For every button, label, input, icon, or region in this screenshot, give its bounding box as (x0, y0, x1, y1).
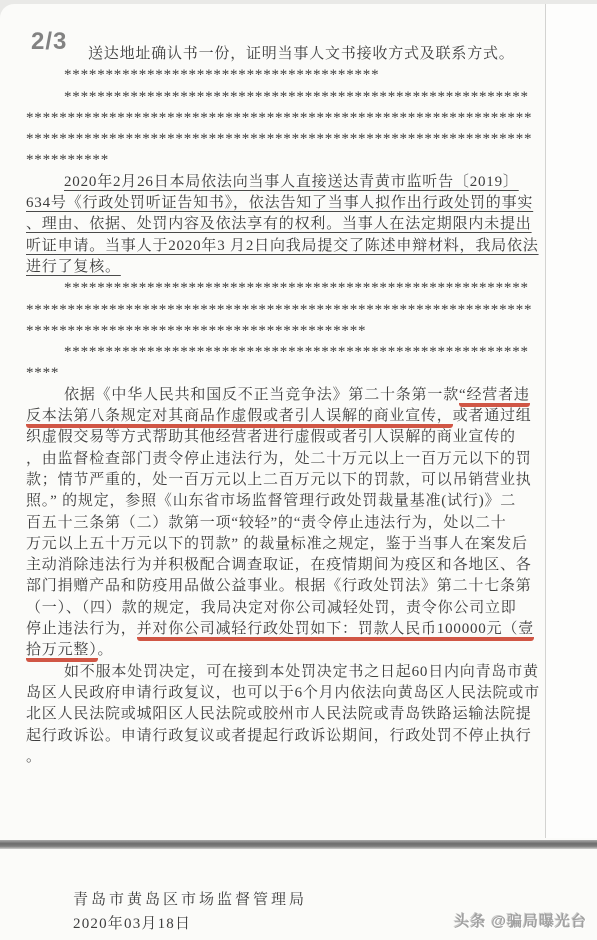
signature-agency: 青岛市黄岛区市场监督管理局 (73, 888, 307, 909)
document-line: **** (26, 363, 547, 384)
text-segment: 2020年2月26日本局依法向当事人直接送达青黄市监听告〔2019〕 (64, 174, 519, 190)
text-segment: 织虚假交易等方式帮助其他经营者进行虚假或者引人误解的商业宣传的 (26, 429, 516, 445)
document-line: （一）、（四）款的规定，我局决定对你公司减轻处罚，责令你公司立即 (26, 598, 547, 619)
document-line: 起行政诉讼。申请行政复议或者提起行政诉讼期间，行政处罚不停止执行 (26, 726, 547, 747)
document-line: 依据《中华人民共和国反不正当竞争法》第二十条第一款“经营者违 (26, 385, 547, 406)
text-segment: 进行了复核。 (26, 259, 121, 275)
document-line: 停止违法行为，并对你公司减轻行政处罚如下：罚款人民币100000元（壹 (26, 619, 547, 640)
text-segment: ********** (26, 152, 109, 168)
document-line: 北区人民法院或城阳区人民法院或胶州市人民法院或青岛铁路运输法院提 (26, 704, 547, 725)
text-segment: 部门捐赠产品和防疫用品做公益事业。根据《行政处罚法》第二十七条第 (26, 578, 532, 594)
document-line: 拾万元整）。 (26, 640, 547, 661)
text-segment: 主动消除违法行为并积极配合调查取证，在疫情期间为疫区和各地区、各 (26, 557, 532, 573)
red-marker-underlined-text: 拾万元整） (26, 642, 98, 662)
document-line: 万元以上五十万元以下的罚款” 的裁量标准之规定，鉴于当事人在案发后 (26, 534, 547, 555)
text-segment: ****************************************… (64, 344, 529, 360)
document-line: 、理由、依据、处罚内容及依法享有的权利。当事人在法定期限内未提出 (26, 214, 547, 235)
text-segment: 岛区人民政府申请行政复议，也可以于6个月内依法向黄岛区人民法院或市 (26, 685, 540, 701)
text-segment: ****************************************… (64, 89, 529, 105)
document-line: 听证申请。当事人于2020年3 月2日向我局提交了陈述申辩材料，我局依法 (26, 236, 547, 257)
document-line: 部门捐赠产品和防疫用品做公益事业。根据《行政处罚法》第二十七条第 (26, 576, 547, 597)
text-segment: ****************************************… (26, 110, 532, 126)
document-line: ****************************************… (26, 129, 547, 150)
text-segment: 款；情节严重的，处一百万元以上二百万元以下的罚款，可以吊销营业执 (26, 472, 532, 488)
document-line: ****************************************… (26, 108, 547, 129)
text-segment: 北区人民法院或城阳区人民法院或胶州市人民法院或青岛铁路运输法院提 (26, 706, 532, 722)
text-segment: 停止违法行为， (26, 621, 137, 637)
text-segment: 、理由、依据、处罚内容及依法享有的权利。当事人在法定期限内未提出 (26, 216, 532, 232)
document-line: 送达地址确认书一份，证明当事人文书接收方式及联系方式。 (26, 44, 547, 65)
text-segment: 。 (98, 642, 114, 658)
text-segment: （一）、（四）款的规定，我局决定对你公司减轻处罚，责令你公司立即 (26, 600, 517, 616)
text-segment: 听证申请。当事人于2020年3 月2日向我局提交了陈述申辩材料，我局依法 (26, 238, 539, 254)
document-line: 织虚假交易等方式帮助其他经营者进行虚假或者引人误解的商业宣传的 (26, 427, 547, 448)
document-line: 照。” 的规定，参照《山东省市场监督管理行政处罚裁量基准(试行)》二 (26, 491, 547, 512)
document-line: 634号《行政处罚听证告知书》，依法告知了当事人拟作出行政处罚的事实 (26, 193, 547, 214)
text-segment: **** (26, 365, 59, 381)
red-marker-underlined-text: 反本法第八条规定对其商品作虚假或者引人误解的商业宣传， (26, 408, 453, 428)
text-segment: 起行政诉讼。申请行政复议或者提起行政诉讼期间，行政处罚不停止执行 (26, 728, 532, 744)
document-line: 主动消除违法行为并积极配合调查取证，在疫情期间为疫区和各地区、各 (26, 555, 547, 576)
document-line: 2020年2月26日本局依法向当事人直接送达青黄市监听告〔2019〕 (26, 172, 547, 193)
document-line: 反本法第八条规定对其商品作虚假或者引人误解的商业宣传，或者通过组 (26, 406, 547, 427)
text-segment: 如不服本处罚决定，可在接到本处罚决定书之日起60日内向青岛市黄 (64, 664, 539, 680)
document-line: ****************************************… (26, 342, 547, 363)
text-segment: 送达地址确认书一份，证明当事人文书接收方式及联系方式。 (88, 46, 515, 62)
text-segment: ****************************************… (26, 131, 532, 147)
text-segment: 634号《行政处罚听证告知书》，依法告知了当事人拟作出行政处罚的事实 (26, 195, 533, 211)
red-marker-underlined-text: “经营者违 (459, 387, 530, 407)
screenshot-stitch-divider (0, 840, 597, 849)
scan-margin-strip (546, 4, 597, 838)
document-line: ****************************************… (26, 278, 547, 299)
document-line: 款；情节严重的，处一百万元以上二百万元以下的罚款，可以吊销营业执 (26, 470, 547, 491)
text-segment: ************************************** (64, 67, 379, 83)
red-marker-underlined-text: 并对你公司减轻行政处罚如下：罚款人民币100000元（壹 (137, 621, 534, 641)
text-segment: 。 (26, 749, 42, 765)
text-segment: ****************************************… (64, 280, 529, 296)
text-segment: 或者通过组 (453, 408, 532, 424)
document-line: ****************************************… (26, 321, 547, 342)
document-line: 岛区人民政府申请行政复议，也可以于6个月内依法向黄岛区人民法院或市 (26, 683, 547, 704)
document-line: 如不服本处罚决定，可在接到本处罚决定书之日起60日内向青岛市黄 (26, 662, 547, 683)
document-line: ****************************************… (26, 300, 547, 321)
document-page: 2/3 送达地址确认书一份，证明当事人文书接收方式及联系方式。*********… (0, 4, 597, 940)
text-segment: 万元以上五十万元以下的罚款” 的裁量标准之规定，鉴于当事人在案发后 (26, 536, 528, 552)
text-segment: ****************************************… (26, 323, 366, 339)
document-line: ************************************** (26, 65, 547, 86)
toutiao-watermark: 头条 @骗局曝光台 (454, 910, 587, 931)
text-segment: 依据《中华人民共和国反不正当竞争法》第二十条第一款 (64, 387, 459, 403)
text-segment: 照。” 的规定，参照《山东省市场监督管理行政处罚裁量基准(试行)》二 (26, 493, 516, 509)
document-line: 。 (26, 747, 547, 768)
document-line: ****************************************… (26, 87, 547, 108)
document-body: 送达地址确认书一份，证明当事人文书接收方式及联系方式。*************… (26, 44, 547, 768)
document-line: 百五十三条第（二）款第一项“较轻”的“责令停止违法行为，处以二十 (26, 513, 547, 534)
text-segment: ，由监督检查部门责令停止违法行为，处二十万元以上一百万元以下的罚 (26, 451, 532, 467)
document-line: 进行了复核。 (26, 257, 547, 278)
document-line: ********** (26, 150, 547, 171)
text-segment: ****************************************… (26, 302, 532, 318)
text-segment: 百五十三条第（二）款第一项“较轻”的“责令停止违法行为，处以二十 (26, 515, 507, 531)
signature-date: 2020年03月18日 (73, 912, 191, 933)
document-line: ，由监督检查部门责令停止违法行为，处二十万元以上一百万元以下的罚 (26, 449, 547, 470)
